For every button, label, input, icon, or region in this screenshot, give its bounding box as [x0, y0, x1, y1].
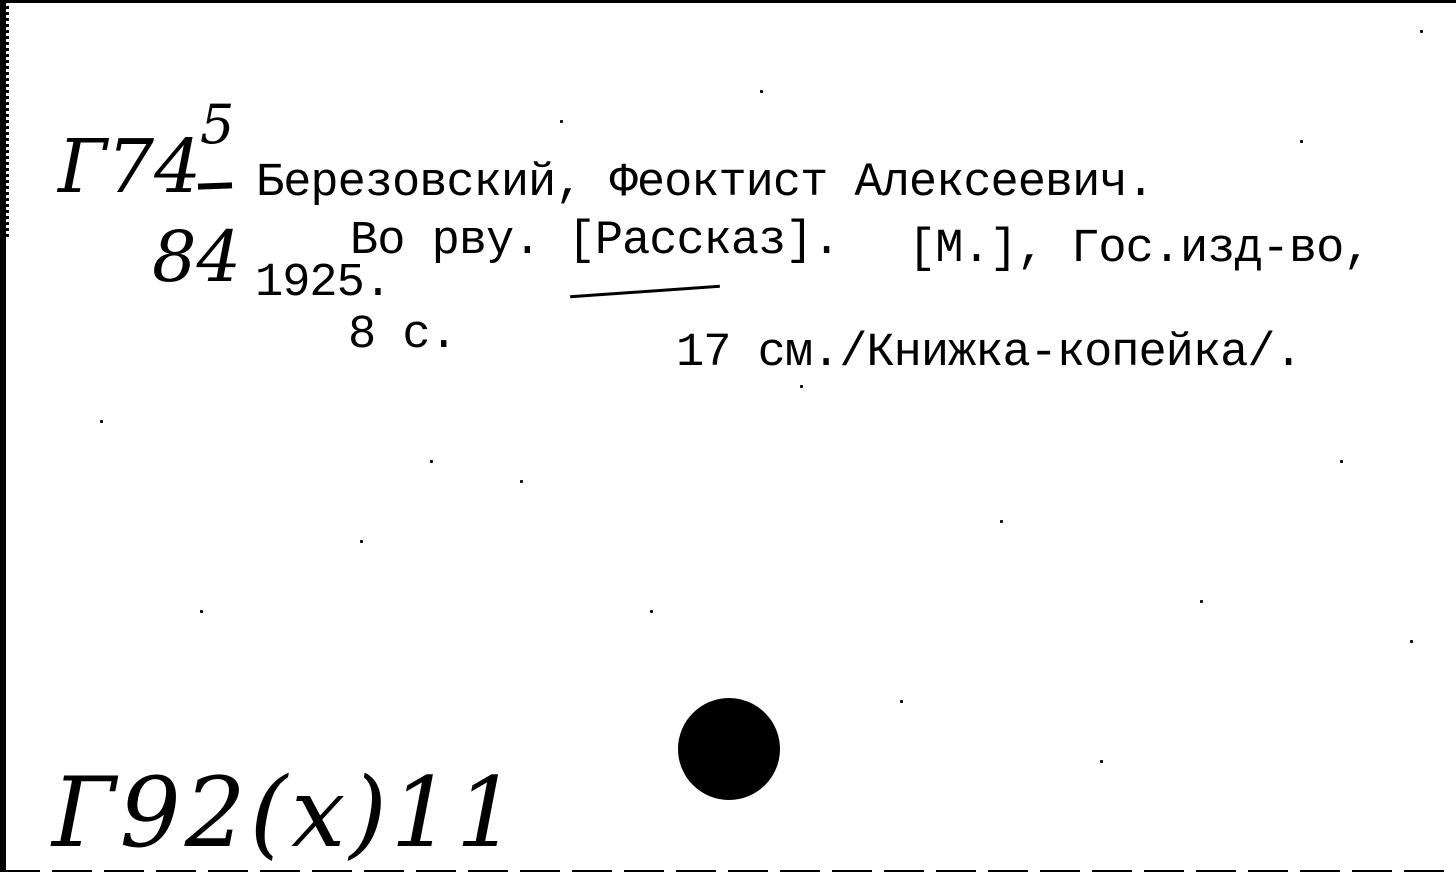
- scan-speck: [900, 700, 903, 703]
- shelf-mark-main: Г74: [58, 130, 201, 204]
- scan-speck: [760, 90, 763, 93]
- card-top-edge: [0, 0, 1456, 3]
- pencil-underline: [570, 285, 720, 298]
- scan-speck: [200, 610, 203, 613]
- catalog-card: Г74 5 84 Березовский, Феоктист Алексееви…: [0, 0, 1456, 872]
- scan-speck: [1410, 640, 1413, 643]
- shelf-mark-fraction-line: [198, 182, 232, 189]
- scan-speck: [360, 540, 363, 543]
- shelf-mark-superscript: 5: [200, 98, 234, 152]
- title-line: Во рву. [Рассказ].: [350, 218, 840, 265]
- scan-speck: [520, 480, 523, 483]
- card-left-edge-texture: [6, 0, 9, 240]
- author-line: Березовский, Феоктист Алексеевич.: [256, 160, 1154, 207]
- scan-speck: [650, 610, 653, 613]
- punch-hole: [678, 698, 780, 800]
- scan-speck: [560, 120, 563, 123]
- scan-speck: [430, 460, 433, 463]
- size-series-line: 17 см./Книжка-копейка/.: [676, 330, 1302, 377]
- scan-speck: [1340, 460, 1343, 463]
- scan-speck: [800, 385, 803, 388]
- shelf-mark-subscript: 84: [152, 222, 241, 292]
- year-line: 1925.: [255, 260, 391, 307]
- scan-speck: [1200, 600, 1203, 603]
- scan-speck: [100, 420, 103, 423]
- classification-code: Г92(х)11: [52, 765, 521, 861]
- scan-speck: [1000, 520, 1003, 523]
- imprint-line: [М.], Гос.изд-во,: [908, 226, 1370, 273]
- pages-line: 8 с.: [348, 312, 457, 359]
- scan-speck: [1100, 760, 1103, 763]
- scan-speck: [1300, 140, 1303, 143]
- scan-speck: [1420, 30, 1423, 33]
